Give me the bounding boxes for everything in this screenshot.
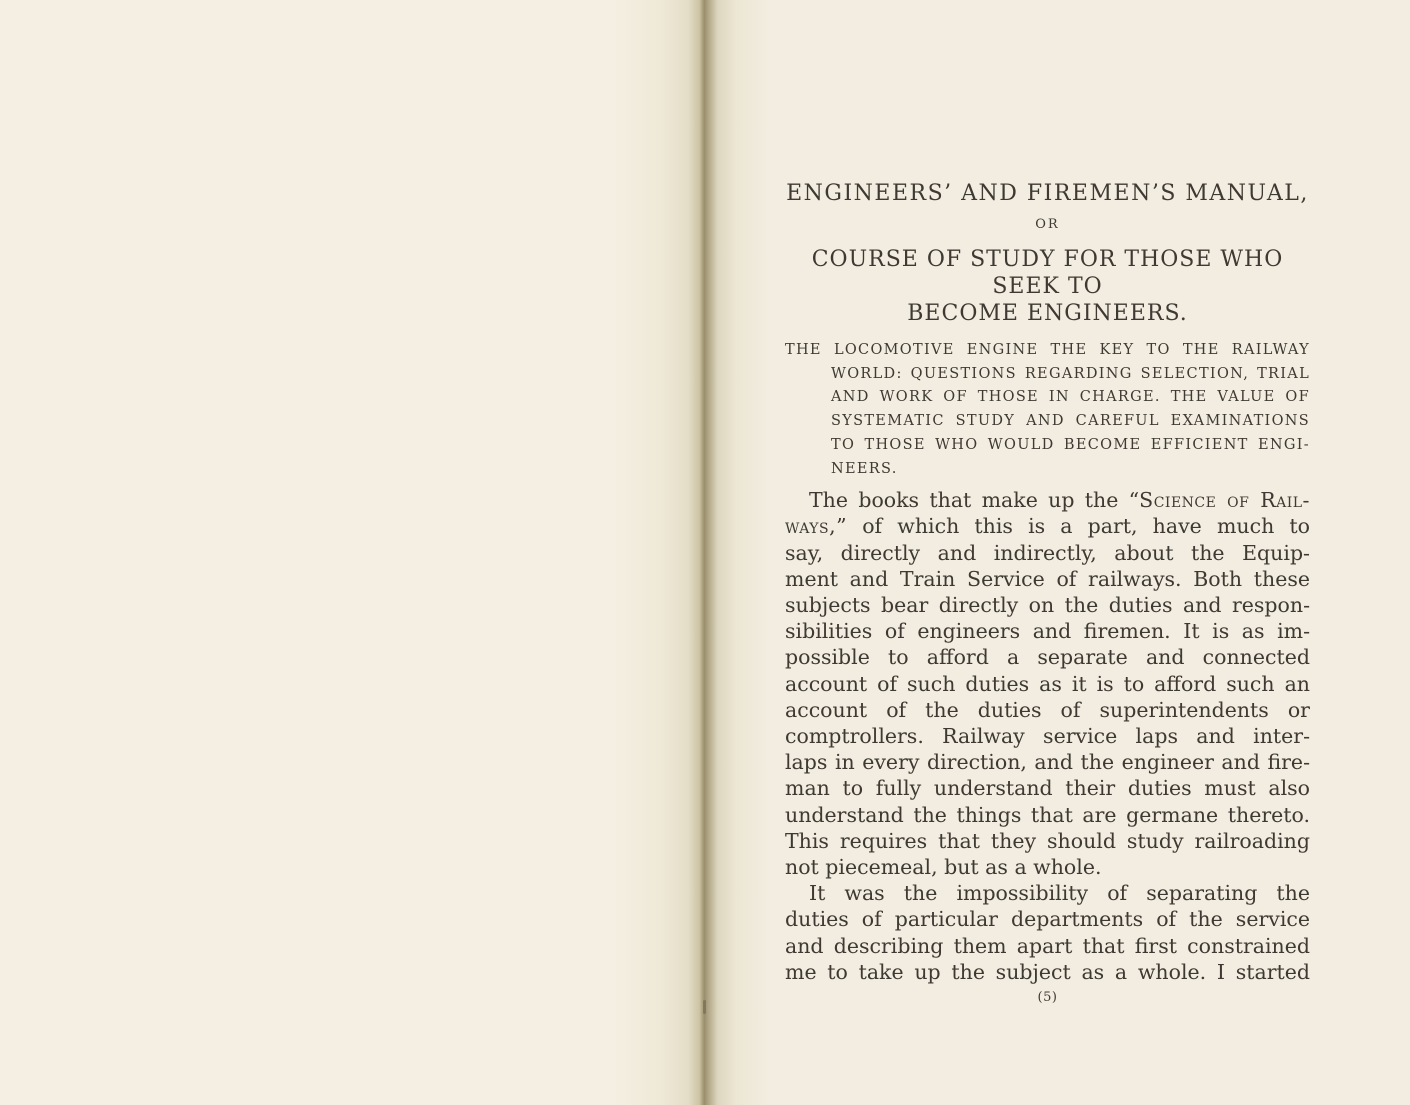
book-spread: ENGINEERS’ AND FIREMEN’S MANUAL, OR COUR… (0, 0, 1410, 1105)
right-page: ENGINEERS’ AND FIREMEN’S MANUAL, OR COUR… (710, 0, 1410, 1105)
text-column: ENGINEERS’ AND FIREMEN’S MANUAL, OR COUR… (785, 0, 1310, 1005)
text-line: ment and Train Service of railways. Both… (785, 566, 1310, 592)
alt-title-line-1: COURSE OF STUDY FOR THOSE WHO SEEK TO (785, 246, 1310, 300)
text-line: ways,” of which this is a part, have muc… (785, 513, 1310, 539)
text-line: duties of particular departments of the … (785, 906, 1310, 932)
alt-title-line-2: BECOME ENGINEERS. (785, 300, 1310, 327)
text-line: say, directly and indirectly, about the … (785, 540, 1310, 566)
gutter-crease-mark (703, 1000, 706, 1014)
summary-line: SYSTEMATIC STUDY AND CAREFUL EXAMINATION… (831, 410, 1310, 434)
summary-line: THE LOCOMOTIVE ENGINE THE KEY TO THE RAI… (785, 339, 1310, 363)
text-line: and describing them apart that first con… (785, 933, 1310, 959)
line-text: The books that make up the “ (809, 488, 1139, 512)
summary-line: WORLD: QUESTIONS REGARDING SELECTION, TR… (831, 363, 1310, 387)
text-line: not piecemeal, but as a whole. (785, 854, 1310, 880)
text-line: possible to afford a separate and connec… (785, 644, 1310, 670)
text-line: sibilities of engineers and firemen. It … (785, 618, 1310, 644)
text-line: account of such duties as it is to affor… (785, 671, 1310, 697)
line-text: of which this is a part, have much to (847, 514, 1310, 538)
text-line: The books that make up the “Science of R… (785, 487, 1310, 513)
paragraph-2: It was the impossibility of separating t… (785, 880, 1310, 985)
text-line: subjects bear directly on the duties and… (785, 592, 1310, 618)
summary-line: AND WORK OF THOSE IN CHARGE. THE VALUE O… (831, 386, 1310, 410)
body-text: The books that make up the “Science of R… (785, 487, 1310, 985)
text-line: comptrollers. Railway service laps and i… (785, 723, 1310, 749)
text-line: It was the impossibility of separating t… (785, 880, 1310, 906)
smallcaps-text: ways,” (785, 514, 847, 538)
text-line: account of the duties of superintendents… (785, 697, 1310, 723)
summary-line: NEERS. (831, 458, 1310, 482)
summary-line: TO THOSE WHO WOULD BECOME EFFICIENT ENGI… (831, 434, 1310, 458)
smallcaps-text: Science of Rail- (1139, 488, 1310, 512)
text-line: understand the things that are germane t… (785, 802, 1310, 828)
text-line: man to fully understand their duties mus… (785, 775, 1310, 801)
text-line: me to take up the subject as a whole. I … (785, 959, 1310, 985)
book-title: ENGINEERS’ AND FIREMEN’S MANUAL, (785, 180, 1310, 208)
paragraph-1: The books that make up the “Science of R… (785, 487, 1310, 880)
title-conjunction: OR (785, 218, 1310, 232)
text-line: laps in every direction, and the enginee… (785, 749, 1310, 775)
text-line: This requires that they should study rai… (785, 828, 1310, 854)
chapter-summary: THE LOCOMOTIVE ENGINE THE KEY TO THE RAI… (785, 339, 1310, 481)
left-page-blank (0, 0, 700, 1105)
page-number: (5) (785, 991, 1310, 1005)
